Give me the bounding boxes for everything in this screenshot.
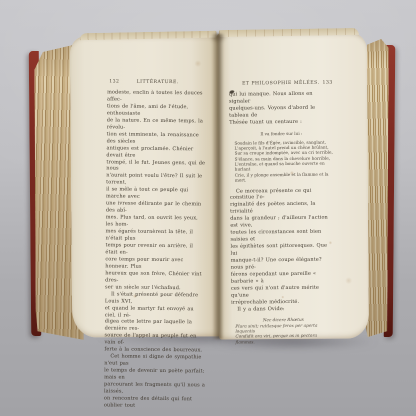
- left-page: 132 LITTÉRATURE. modeste, enclin à toute…: [70, 35, 221, 337]
- verse-opening-line: Il va fondre sur lui :: [229, 130, 333, 136]
- right-paragraph: Ce morceau présente ce qui constitue l'o…: [230, 187, 335, 306]
- photo-background: 132 LITTÉRATURE. modeste, enclin à toute…: [0, 0, 416, 416]
- left-page-text: 132 LITTÉRATURE. modeste, enclin à toute…: [104, 79, 208, 410]
- left-paragraph-2: Il s'était présenté pour défendre Louis …: [104, 291, 206, 355]
- latin-quote: Plura sinit; rutilasque ferox per aperta…: [235, 322, 335, 344]
- right-page: ET PHILOSOPHIE MÊLÉES. 133 qui lui manqu…: [217, 32, 369, 339]
- right-page-number: 133: [323, 81, 333, 86]
- left-paragraph-3: Cet homme si digne de sympathie n'eut pa…: [104, 354, 206, 411]
- right-running-title: ET PHILOSOPHIE MÊLÉES.: [229, 81, 333, 87]
- right-page-text: ET PHILOSOPHIE MÊLÉES. 133 qui lui manqu…: [229, 81, 336, 345]
- right-running-head: ET PHILOSOPHIE MÊLÉES. 133: [229, 81, 333, 90]
- ovide-line: Il y a dans Ovide:: [231, 305, 335, 313]
- left-running-title: LITTÉRATURE.: [107, 79, 208, 85]
- right-intro-paragraph: qui lui manque. Nous allons en signaler …: [229, 91, 333, 127]
- left-running-head: 132 LITTÉRATURE.: [107, 79, 208, 88]
- left-paragraph-1: modeste, enclin à toutes les douces affe…: [105, 89, 208, 292]
- gutter-crease: [212, 34, 224, 339]
- gutter-top-shadow: [206, 30, 230, 46]
- verse-quote: Soudain le fils d'Égée, invincible, sang…: [234, 139, 333, 183]
- open-book: 132 LITTÉRATURE. modeste, enclin à toute…: [30, 30, 392, 352]
